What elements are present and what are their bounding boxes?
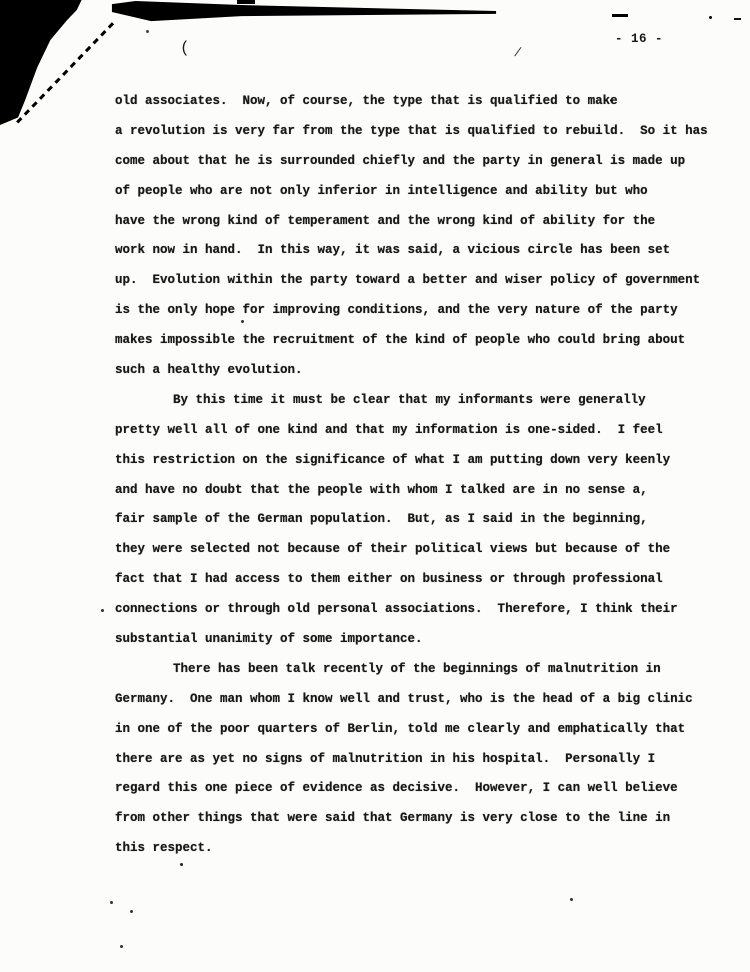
scan-specks	[709, 16, 712, 19]
text-line: and have no doubt that the people with w…	[115, 476, 735, 506]
text-line: come about that he is surrounded chiefly…	[115, 147, 735, 177]
text-line: There has been talk recently of the begi…	[115, 655, 735, 685]
text-line: there are as yet no signs of malnutritio…	[115, 745, 735, 775]
scan-artifact-dash	[237, 0, 255, 4]
text-line: fair sample of the German population. Bu…	[115, 505, 735, 535]
stray-mark: (	[180, 39, 190, 57]
text-line: substantial unanimity of some importance…	[115, 625, 735, 655]
text-line: connections or through old personal asso…	[115, 595, 735, 625]
scanned-document-page: ( / - 16 - old associates. Now, of cours…	[0, 0, 750, 972]
text-line: they were selected not because of their …	[115, 535, 735, 565]
text-line: this respect.	[115, 834, 735, 864]
scan-artifact-top-streak	[108, 0, 500, 24]
page-number: - 16 -	[615, 32, 663, 46]
text-line: in one of the poor quarters of Berlin, t…	[115, 715, 735, 745]
text-line: is the only hope for improving condition…	[115, 296, 735, 326]
text-line: a revolution is very far from the type t…	[115, 117, 735, 147]
text-line: makes impossible the recruitment of the …	[115, 326, 735, 356]
scan-artifact-dash	[734, 18, 741, 20]
text-line: regard this one piece of evidence as dec…	[115, 774, 735, 804]
text-line: have the wrong kind of temperament and t…	[115, 207, 735, 237]
stray-mark: /	[513, 46, 523, 60]
text-line: old associates. Now, of course, the type…	[115, 87, 735, 117]
text-line: such a healthy evolution.	[115, 356, 735, 386]
text-line: Germany. One man whom I know well and tr…	[115, 685, 735, 715]
text-line: pretty well all of one kind and that my …	[115, 416, 735, 446]
text-line: By this time it must be clear that my in…	[115, 386, 735, 416]
text-line: fact that I had access to them either on…	[115, 565, 735, 595]
text-line: from other things that were said that Ge…	[115, 804, 735, 834]
scan-artifact-corner-blot	[0, 0, 120, 125]
text-line: up. Evolution within the party toward a …	[115, 266, 735, 296]
text-block: old associates. Now, of course, the type…	[115, 87, 735, 864]
scan-artifact-dash	[612, 14, 628, 17]
text-line: this restriction on the significance of …	[115, 446, 735, 476]
text-line: work now in hand. In this way, it was sa…	[115, 236, 735, 266]
text-line: of people who are not only inferior in i…	[115, 177, 735, 207]
